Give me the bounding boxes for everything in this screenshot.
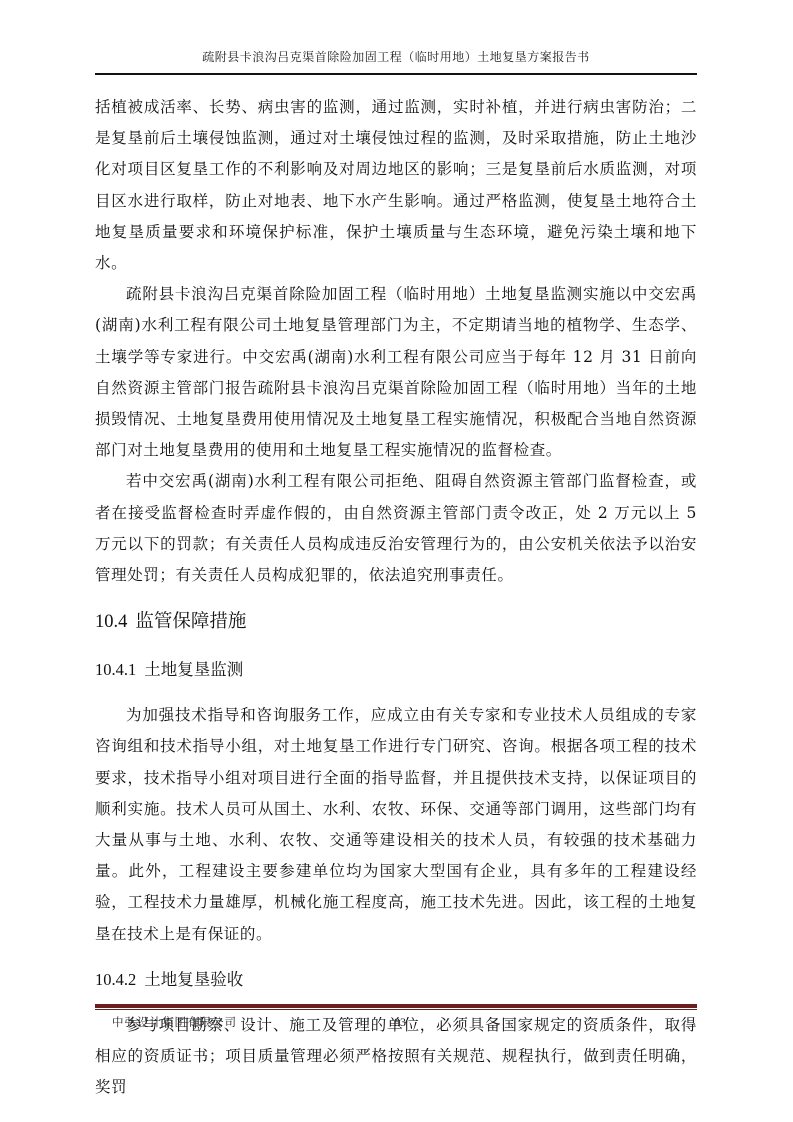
- section-title: 土地复垦验收: [144, 970, 243, 989]
- section-heading-10-4: 10.4监管保障措施: [95, 604, 697, 640]
- section-title: 监管保障措施: [135, 611, 246, 632]
- running-header: 疏附县卡浪沟吕克渠首除险加固工程（临时用地）土地复垦方案报告书: [95, 48, 697, 65]
- section-number: 10.4.1: [95, 660, 136, 679]
- footer-divider: [95, 1004, 697, 1008]
- page-content: 括植被成活率、长势、病虫害的监测，通过监测，实时补植，并进行病虫害防治；二是复垦…: [95, 92, 697, 1103]
- page-number: 83: [385, 1015, 415, 1030]
- paragraph-monitoring-continued: 括植被成活率、长势、病虫害的监测，通过监测，实时补植，并进行病虫害防治；二是复垦…: [95, 92, 697, 279]
- paragraph-technical-guidance: 为加强技术指导和咨询服务工作，应成立由有关专家和专业技术人员组成的专家咨询组和技…: [95, 700, 697, 950]
- section-number: 10.4: [95, 612, 127, 632]
- section-number: 10.4.2: [95, 970, 136, 989]
- paragraph-monitoring-implementation: 疏附县卡浪沟吕克渠首除险加固工程（临时用地）土地复垦监测实施以中交宏禹(湖南)水…: [95, 279, 697, 466]
- paragraph-penalties: 若中交宏禹(湖南)水利工程有限公司拒绝、阻碍自然资源主管部门监督检查，或者在接受…: [95, 466, 697, 591]
- section-title: 土地复垦监测: [144, 660, 243, 679]
- header-divider: [95, 73, 697, 75]
- footer-divider-thin: [95, 1009, 697, 1010]
- footer-company-name: 中弘设计集团有限公司: [112, 1014, 237, 1030]
- section-heading-10-4-1: 10.4.1土地复垦监测: [95, 652, 697, 688]
- section-heading-10-4-2: 10.4.2土地复垦验收: [95, 962, 697, 998]
